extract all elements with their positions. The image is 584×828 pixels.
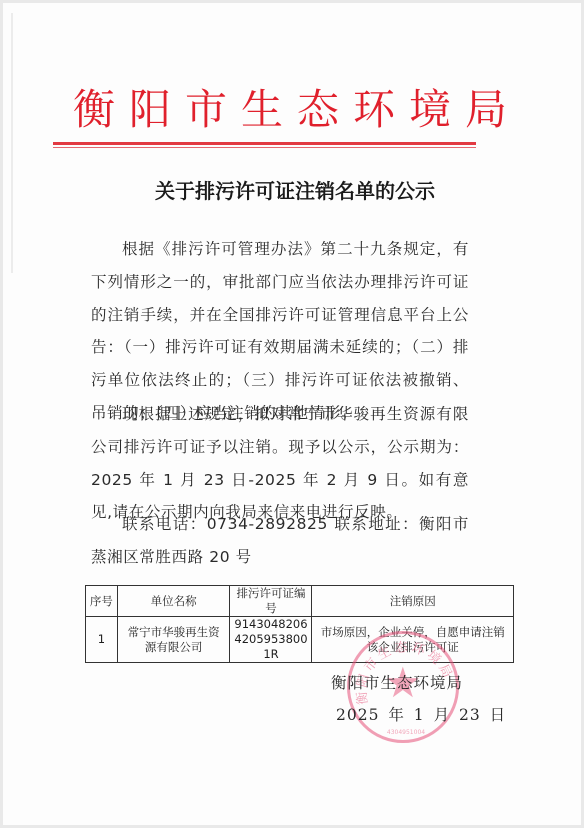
col-header-permit-no: 排污许可证编号 xyxy=(230,586,312,617)
col-header-index: 序号 xyxy=(86,586,118,617)
document-page: 衡阳市生态环境局 关于排污许可证注销名单的公示 根据《排污许可管理办法》第二十九… xyxy=(3,3,581,825)
signature-org: 衡阳市生态环境局 xyxy=(331,671,463,693)
cell-index: 1 xyxy=(86,617,118,663)
scan-shadow xyxy=(11,13,13,273)
table-header-row: 序号 单位名称 排污许可证编号 注销原因 xyxy=(86,586,514,617)
cell-permit-no: 914304820642059538001R xyxy=(230,617,312,663)
col-header-company: 单位名称 xyxy=(117,586,230,617)
letterhead-rule-thin xyxy=(53,147,476,148)
org-letterhead: 衡阳市生态环境局 xyxy=(63,85,531,135)
paragraph-contact: 联系电话：0734-2892825 联系地址：衡阳市蒸湘区常胜西路 20 号 xyxy=(91,508,469,574)
document-title: 关于排污许可证注销名单的公示 xyxy=(3,175,584,204)
signature-date: 2025 年 1 月 23 日 xyxy=(336,703,506,725)
cell-company: 常宁市华骏再生资源有限公司 xyxy=(117,617,230,663)
letterhead-rule-thick xyxy=(53,142,476,145)
col-header-reason: 注销原因 xyxy=(312,586,514,617)
seal-code: 4304951004 xyxy=(387,729,425,736)
